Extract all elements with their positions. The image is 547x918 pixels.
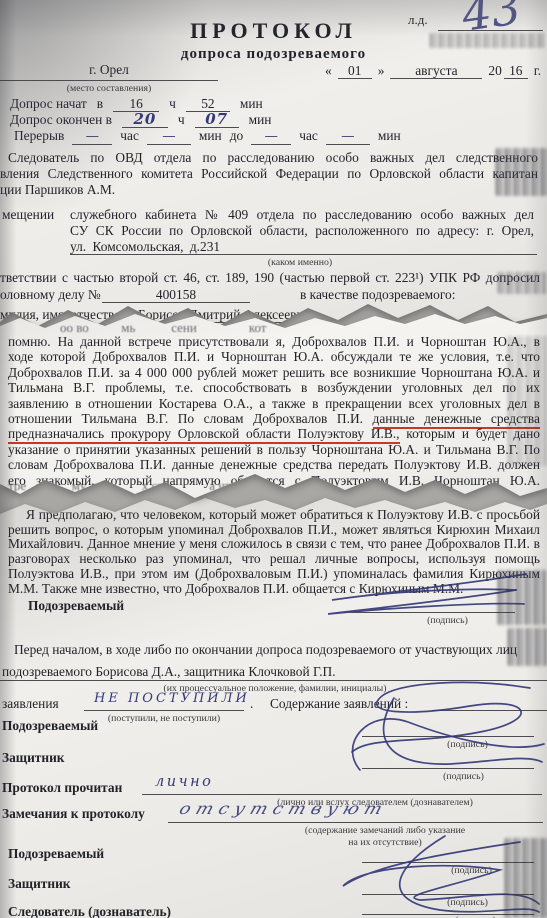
date-day: 01 xyxy=(338,63,372,79)
break-line: Перерыв — час — мин до — час — мин xyxy=(14,128,401,145)
form-line xyxy=(345,612,515,613)
article-line: тветствии с частью второй ст. 46, ст. 18… xyxy=(0,270,540,285)
participants-line: подозреваемого Борисова Д.А., защитника … xyxy=(2,664,336,679)
document-subtitle: допроса подозреваемого xyxy=(0,46,547,63)
read-value-handwritten: лично xyxy=(155,774,213,790)
investigator-line-1: Следователь по ОВД отдела по расследован… xyxy=(8,150,538,165)
break-hour-label: час xyxy=(120,128,139,143)
break-min-label: мин xyxy=(378,128,401,143)
break-min-label: мин xyxy=(199,128,222,143)
testimony-torn-tail: тре му д х ср а что Д xyxy=(8,478,249,494)
minute-label: мин xyxy=(240,96,263,111)
top-sheet: л.д. 43 ПРОТОКОЛ допроса подозреваемого … xyxy=(0,0,547,336)
scan-smudge xyxy=(508,628,547,666)
form-line xyxy=(84,710,244,711)
suspect-label-3: Подозреваемый xyxy=(8,846,104,861)
remarks-label: Замечания к протоколу xyxy=(2,806,145,821)
statements-intro: Перед началом, в ходе либо по окончании … xyxy=(14,642,544,657)
ended-hour-handwritten: 20 xyxy=(122,112,168,128)
date-year: 16 xyxy=(504,63,528,79)
year-prefix: 20 xyxy=(488,63,501,78)
hour-label: ч xyxy=(178,112,185,127)
protocol-read-label: Протокол прочитан xyxy=(2,780,122,795)
top-sheet-paper: л.д. 43 ПРОТОКОЛ допроса подозреваемого … xyxy=(0,0,547,336)
statements-label: заявления xyxy=(2,696,59,711)
suspect-defender-signatures xyxy=(330,674,547,786)
started-label: Допрос начат в xyxy=(10,96,103,111)
statements-caption: (поступили, не поступили) xyxy=(84,713,244,724)
break-dash: — xyxy=(326,129,370,145)
break-dash: — xyxy=(72,129,112,145)
form-line xyxy=(0,80,218,81)
scrap-paper: оо во мь сени кот помню. На данной встре… xyxy=(0,312,547,512)
statements-value-handwritten: НЕ ПОСТУПИЛИ xyxy=(94,691,250,706)
investigator-line-2: вления Следственного комитета Российской… xyxy=(0,166,538,181)
middle-torn-scrap: оо во мь сени кот помню. На данной встре… xyxy=(0,312,547,512)
investigator-role-label: Следователь (дознаватель) xyxy=(8,904,171,918)
defender-label: Защитник xyxy=(2,750,65,765)
bottom-sheet: Я предполагаю, что человеком, который мо… xyxy=(0,496,547,918)
date-row: « 01 » августа 20 16 г. xyxy=(325,63,541,79)
date-month: августа xyxy=(390,63,482,79)
form-line xyxy=(168,822,543,823)
form-line xyxy=(70,254,537,255)
investigator-line-3: ции Паршиков А.М. xyxy=(0,182,115,197)
statements-period: . xyxy=(250,696,253,711)
place-caption: (место составления) xyxy=(0,83,218,94)
form-line xyxy=(142,794,542,795)
hour-label: ч xyxy=(169,96,176,111)
location-prefix: мещении xyxy=(2,207,54,222)
signature-caption: (подпись) xyxy=(400,615,495,626)
scan-smudge xyxy=(508,336,547,466)
scan-smudge xyxy=(496,148,547,196)
ended-label: Допрос окончен в xyxy=(10,112,112,127)
location-caption: (каком именно) xyxy=(170,257,430,268)
place-value: г. Орел xyxy=(0,62,218,77)
break-hour-label: час xyxy=(299,128,318,143)
suspect-label-2: Подозреваемый xyxy=(2,718,98,733)
break-label: Перерыв xyxy=(14,128,64,143)
defender-label-2: Защитник xyxy=(8,876,71,891)
case-number-value: 400158 xyxy=(102,287,250,303)
bottom-sheet-paper: Я предполагаю, что человеком, который мо… xyxy=(0,496,547,918)
location-value: служебного кабинета № 409 отдела по расс… xyxy=(70,207,534,255)
remarks-value-handwritten: отсутствуют xyxy=(177,799,391,818)
suspect-label: Подозреваемый xyxy=(28,598,124,613)
case-suffix: в качестве подозреваемого: xyxy=(300,287,455,302)
scan-smudge xyxy=(498,272,547,294)
break-dash: — xyxy=(147,129,191,145)
year-suffix: г. xyxy=(534,63,541,78)
ended-minute-handwritten: 07 xyxy=(195,112,239,128)
quote-open: « xyxy=(325,63,332,78)
interrogation-ended-line: Допрос окончен в 20 ч 07 мин xyxy=(10,112,271,128)
case-label: оловному делу № xyxy=(0,287,101,302)
minute-label: мин xyxy=(249,112,272,127)
document-title: ПРОТОКОЛ xyxy=(0,18,547,44)
quote-close: » xyxy=(378,63,385,78)
scan-smudge xyxy=(505,838,547,918)
break-dash: — xyxy=(251,129,291,145)
scanned-protocol-document: Я предполагаю, что человеком, который мо… xyxy=(0,0,547,918)
break-to-label: до xyxy=(230,128,244,143)
scan-smudge xyxy=(498,570,547,625)
